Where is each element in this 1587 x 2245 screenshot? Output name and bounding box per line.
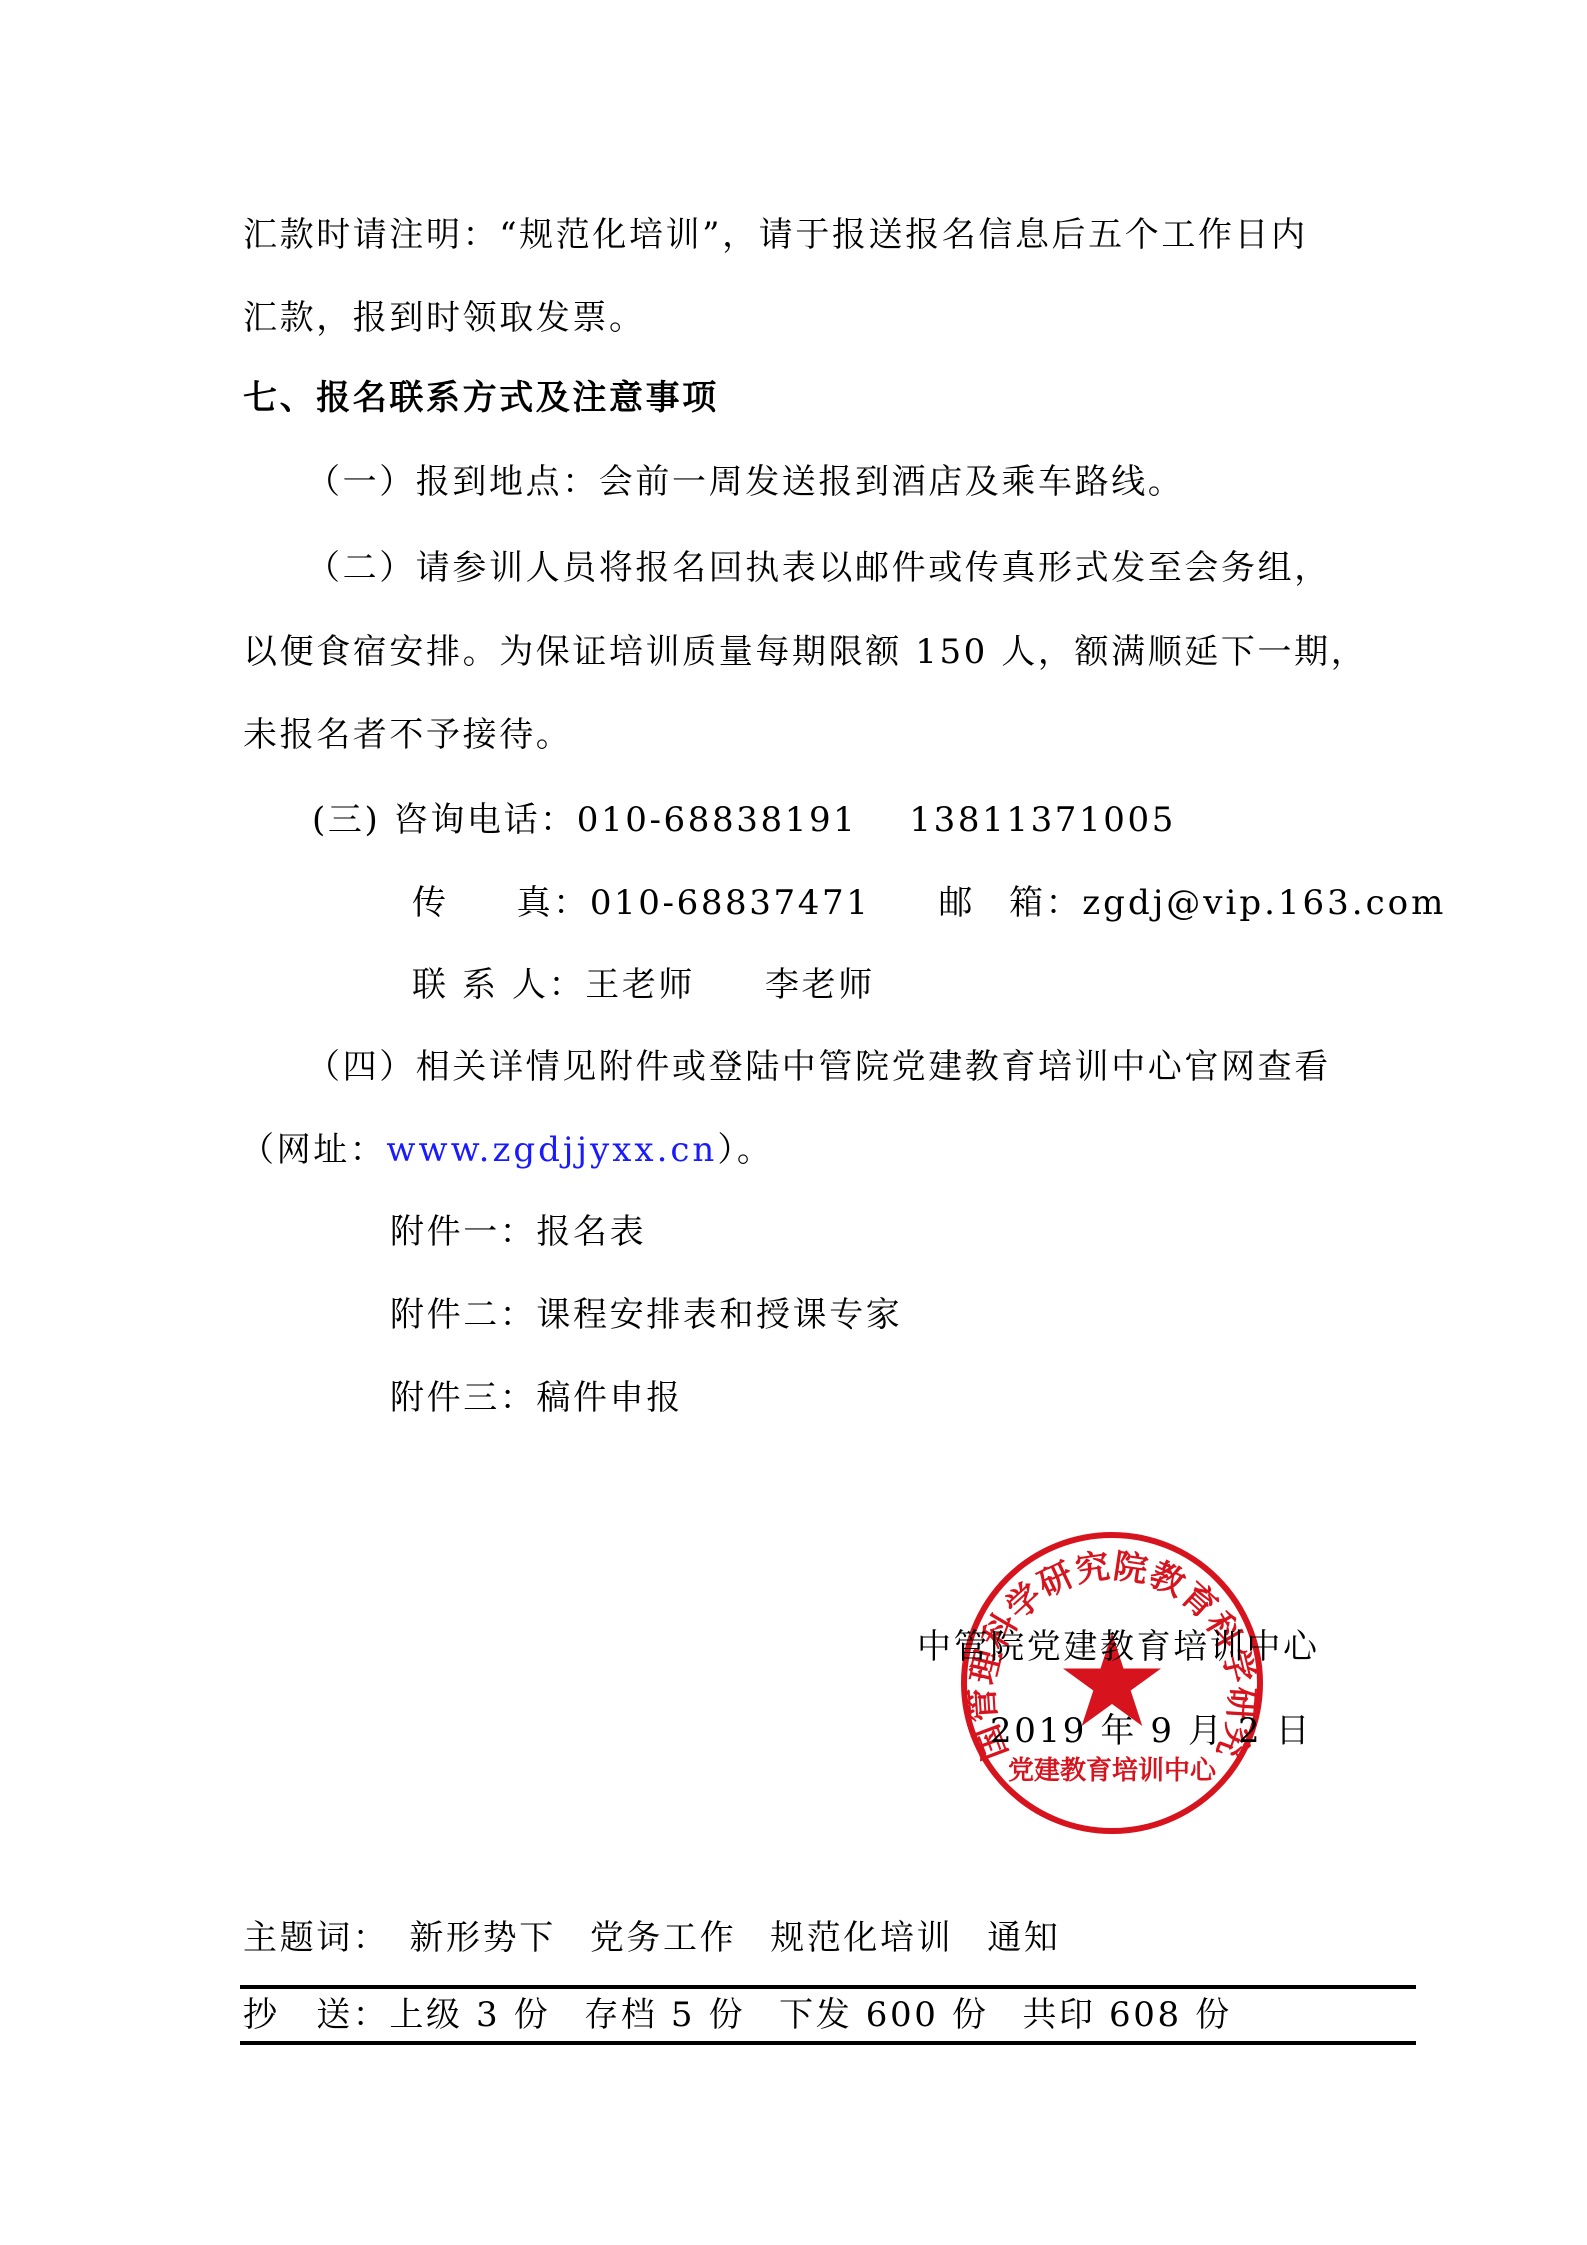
keyword-2: 党务工作 (590, 1918, 736, 1958)
cc-item-1: 上级 3 份 (389, 1995, 550, 2035)
attachment-2-label: 附件二： (390, 1295, 536, 1335)
url-prefix: （网址： (240, 1130, 386, 1170)
contact-label: 联 系 人： (412, 965, 585, 1005)
payment-note-line-2: 汇款，报到时领取发票。 (243, 298, 646, 338)
keywords-row: 主题词：新形势下党务工作规范化培训通知 (243, 1918, 1060, 1958)
item-3-fax-email-row: 传真：010-68837471邮箱：zgdj@vip.163.com (412, 883, 1446, 923)
official-seal-icon: 中国管理科学研究院教育科学研究所 党建教育培训中心 (958, 1529, 1266, 1837)
item-1-venue: （一）报到地点：会前一周发送报到酒店及乘车路线。 (306, 462, 1184, 502)
item-3-phone-row: (三) 咨询电话：010-6883819113811371005 (312, 800, 1176, 840)
attachment-3-title: 稿件申报 (536, 1378, 682, 1418)
contact-person-2: 李老师 (765, 965, 875, 1005)
payment-note-line-1: 汇款时请注明：“规范化培训”，请于报送报名信息后五个工作日内 (243, 215, 1308, 255)
attachment-2-title: 课程安排表和授课专家 (536, 1295, 902, 1335)
signature-date: 2019 年 9 月 2 日 (990, 1711, 1312, 1751)
attachment-3-label: 附件三： (390, 1378, 536, 1418)
section-heading-contact: 七、报名联系方式及注意事项 (243, 378, 719, 418)
keywords-label: 主题词： (243, 1918, 389, 1958)
email-address[interactable]: zgdj@vip.163.com (1082, 883, 1446, 923)
signature-organization: 中管院党建教育培训中心 (917, 1627, 1320, 1667)
footer-divider-bottom (240, 2041, 1416, 2045)
item-2-line-3: 未报名者不予接待。 (243, 715, 572, 755)
cc-item-3: 下发 600 份 (779, 1995, 988, 2035)
attachment-2[interactable]: 附件二：课程安排表和授课专家 (390, 1295, 902, 1335)
attachment-3[interactable]: 附件三：稿件申报 (390, 1378, 683, 1418)
attachment-1-title: 报名表 (536, 1212, 646, 1252)
email-label-part-1: 邮 (938, 883, 975, 923)
cc-label: 抄 送： (243, 1995, 389, 2035)
contact-person-1: 王老师 (585, 965, 695, 1005)
fax-label-part-2: 真： (517, 883, 590, 923)
keyword-4: 通知 (987, 1918, 1060, 1958)
item-2-line-2: 以便食宿安排。为保证培训质量每期限额 150 人，额满顺延下一期， (243, 632, 1367, 672)
attachment-1-label: 附件一： (390, 1212, 536, 1252)
attachment-1[interactable]: 附件一：报名表 (390, 1212, 646, 1252)
item-4-line-1: （四）相关详情见附件或登陆中管院党建教育培训中心官网查看 (306, 1047, 1331, 1087)
phone-label: 咨询电话： (394, 800, 577, 840)
keyword-3: 规范化培训 (770, 1918, 953, 1958)
item-2-line-1: （二）请参训人员将报名回执表以邮件或传真形式发至会务组， (306, 548, 1331, 588)
footer-divider-top (240, 1985, 1416, 1989)
item-3-contact-row: 联 系 人：王老师李老师 (412, 965, 875, 1005)
cc-item-2: 存档 5 份 (584, 1995, 745, 2035)
keyword-1: 新形势下 (409, 1918, 555, 1958)
phone-number-2[interactable]: 13811371005 (909, 800, 1176, 840)
website-link[interactable]: www.zgdjjyxx.cn (386, 1130, 717, 1170)
email-label-part-2: 箱： (1009, 883, 1082, 923)
fax-label-part-1: 传 (412, 883, 449, 923)
item-3-prefix: (三) (312, 800, 380, 840)
phone-number-1[interactable]: 010-68838191 (577, 800, 858, 840)
item-4-line-2: （网址：www.zgdjjyxx.cn）。 (240, 1130, 774, 1170)
seal-inner-text: 党建教育培训中心 (1008, 1755, 1217, 1786)
cc-row: 抄 送：上级 3 份存档 5 份下发 600 份共印 608 份 (243, 1995, 1232, 2035)
fax-number: 010-68837471 (590, 883, 871, 923)
url-suffix: ）。 (717, 1130, 773, 1170)
cc-item-4: 共印 608 份 (1022, 1995, 1231, 2035)
